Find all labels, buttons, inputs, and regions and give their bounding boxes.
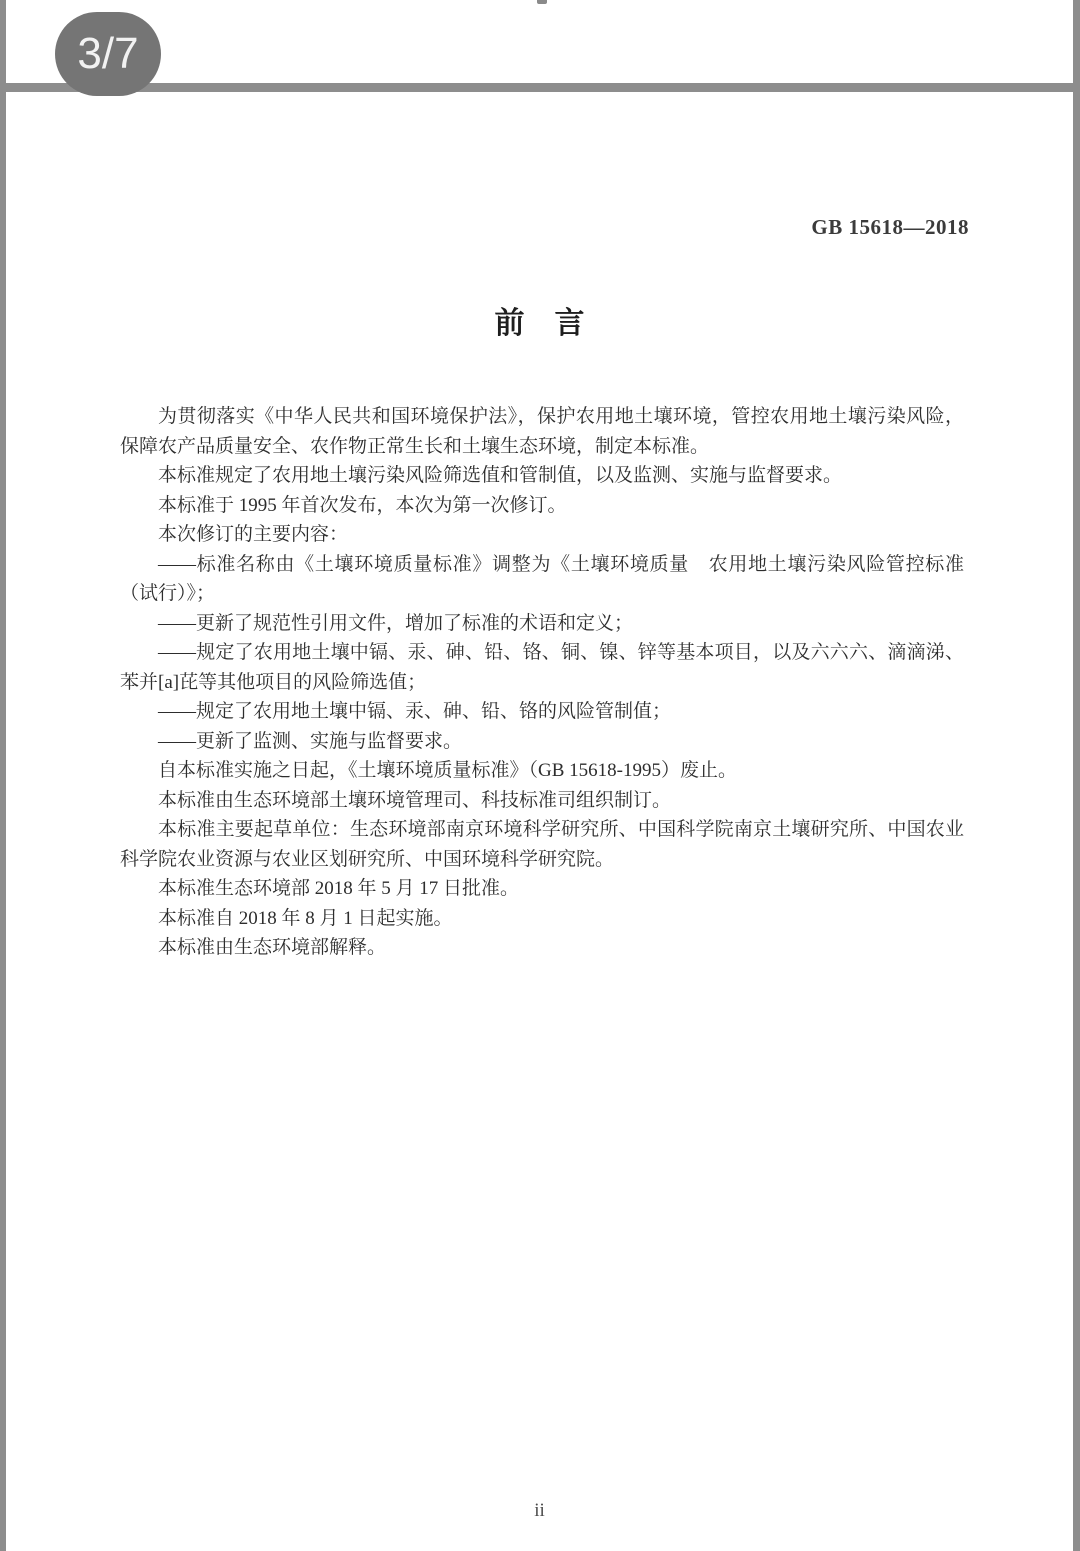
paragraph: 本次修订的主要内容： [120,520,964,550]
document-body: 为贯彻落实《中华人民共和国环境保护法》，保护农用地土壤环境，管控农用地土壤污染风… [120,402,964,963]
page-number-footer: ii [6,1500,1073,1522]
standard-code: GB 15618—2018 [811,215,969,240]
paragraph: 本标准自 2018 年 8 月 1 日起实施。 [120,904,964,934]
page-title: 前 言 [6,298,1073,342]
paragraph: ——规定了农用地土壤中镉、汞、砷、铅、铬、铜、镍、锌等基本项目，以及六六六、滴滴… [120,638,964,697]
page-indicator-label: 3/7 [77,29,138,79]
paragraph: ——标准名称由《土壤环境质量标准》调整为《土壤环境质量 农用地土壤污染风险管控标… [120,550,964,609]
page-separator [0,83,1080,92]
paragraph: 本标准于 1995 年首次发布，本次为第一次修订。 [120,491,964,521]
paragraph: 本标准规定了农用地土壤污染风险筛选值和管制值，以及监测、实施与监督要求。 [120,461,964,491]
document-page: GB 15618—2018 前 言 为贯彻落实《中华人民共和国环境保护法》，保护… [6,92,1073,1551]
paragraph: 本标准由生态环境部解释。 [120,933,964,963]
paragraph: 本标准生态环境部 2018 年 5 月 17 日批准。 [120,874,964,904]
paragraph: ——更新了监测、实施与监督要求。 [120,727,964,757]
paragraph: 本标准由生态环境部土壤环境管理司、科技标准司组织制订。 [120,786,964,816]
page-indicator-badge[interactable]: 3/7 [55,12,161,96]
paragraph: 为贯彻落实《中华人民共和国环境保护法》，保护农用地土壤环境，管控农用地土壤污染风… [120,402,964,461]
paragraph: 自本标准实施之日起，《土壤环境质量标准》（GB 15618-1995）废止。 [120,756,964,786]
pdf-viewer[interactable]: GB 15618—2018 前 言 为贯彻落实《中华人民共和国环境保护法》，保护… [0,0,1080,1551]
previous-page-footer-mark [537,0,547,4]
previous-page-bottom [6,0,1073,83]
paragraph: ——规定了农用地土壤中镉、汞、砷、铅、铬的风险管制值； [120,697,964,727]
paragraph: ——更新了规范性引用文件，增加了标准的术语和定义； [120,609,964,639]
paragraph: 本标准主要起草单位：生态环境部南京环境科学研究所、中国科学院南京土壤研究所、中国… [120,815,964,874]
